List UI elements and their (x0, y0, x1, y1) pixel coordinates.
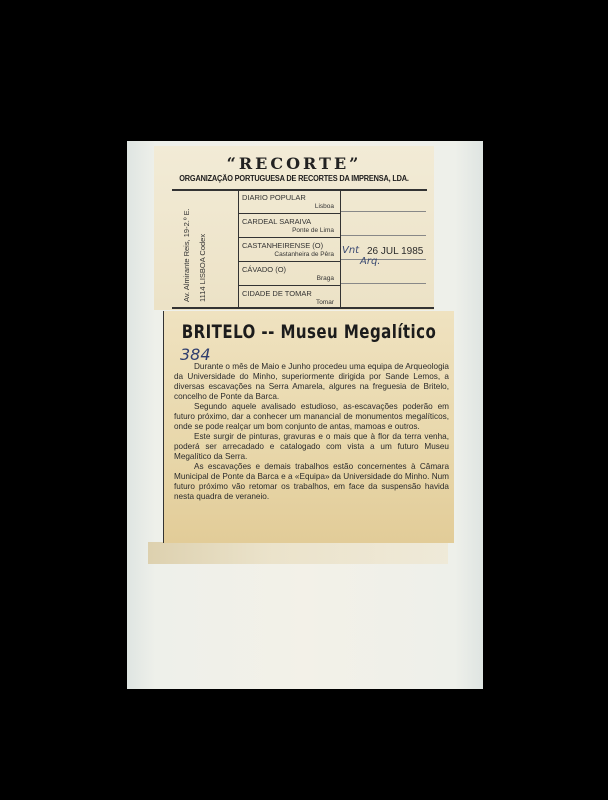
newspaper-entry: CASTANHEIRENSE (O) Castanheira de Pêra (238, 238, 340, 262)
divider (340, 189, 341, 307)
divider (172, 307, 434, 309)
article-paragraph: As escavações e demais trabalhos estão c… (174, 462, 449, 502)
newspaper-entry: DIARIO POPULAR Lisboa (238, 190, 340, 214)
service-subtitle: ORGANIZAÇÃO PORTUGUESA DE RECORTES DA IM… (165, 174, 423, 183)
divider (341, 235, 426, 236)
service-name: “RECORTE” (154, 154, 434, 173)
handwritten-note: Arq. (360, 256, 380, 267)
service-address: Av. Almirante Reis, 19-2.º E. 1114 LISBO… (174, 190, 234, 305)
clipping-header: “RECORTE” ORGANIZAÇÃO PORTUGUESA DE RECO… (154, 146, 434, 310)
handwritten-ref: Vnt (342, 245, 359, 256)
divider (341, 259, 426, 260)
divider (341, 211, 426, 212)
article-body: Durante o mês de Maio e Junho procedeu u… (174, 362, 449, 502)
article-paragraph: Segundo aquele avalisado estudioso, as-e… (174, 402, 449, 432)
article-paragraph: Durante o mês de Maio e Junho procedeu u… (174, 362, 449, 402)
newspaper-entry: CARDEAL SARAIVA Ponte de Lima (238, 214, 340, 238)
article-paragraph: Este surgir de pinturas, gravuras e o ma… (174, 432, 449, 462)
article-clipping: BRITELO -- Museu Megalítico 384 Durante … (163, 311, 454, 543)
newspaper-entry: CÁVADO (O) Braga (238, 262, 340, 286)
address-line-2: 1114 LISBOA Codex (198, 234, 207, 302)
address-line-1: Av. Almirante Reis, 19-2.º E. (182, 208, 191, 302)
paper-stain (148, 542, 448, 564)
divider (341, 283, 426, 284)
article-title: BRITELO -- Museu Megalítico (181, 321, 436, 343)
